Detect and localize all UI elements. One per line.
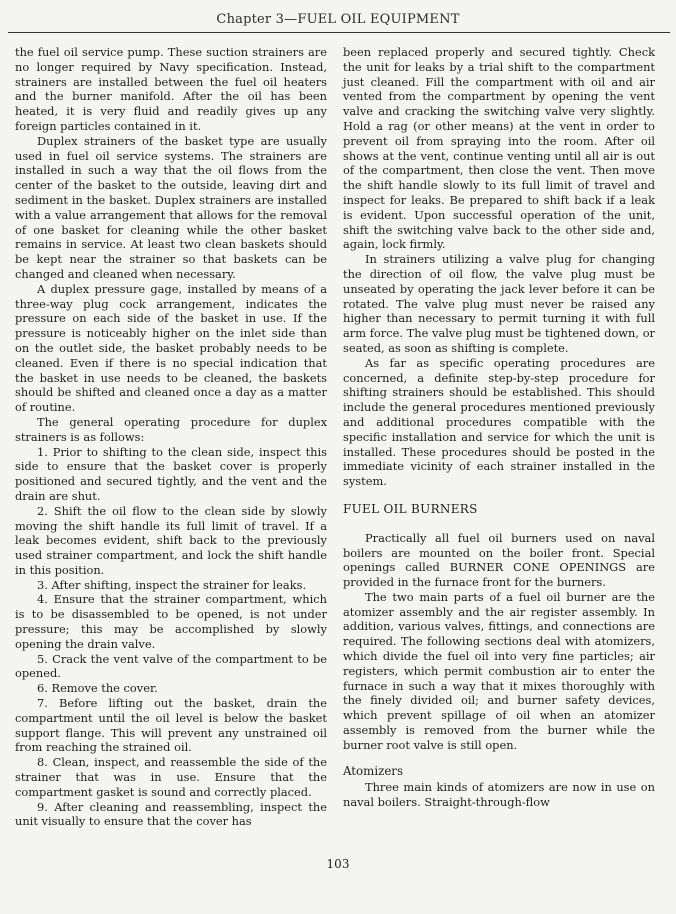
- procedure-step: 3. After shifting, inspect the strainer …: [15, 578, 327, 593]
- paragraph: the fuel oil service pump. These suction…: [15, 45, 327, 134]
- paragraph: As far as specific operating procedures …: [343, 356, 655, 489]
- subsection-heading: Atomizers: [343, 764, 655, 779]
- procedure-step: 2. Shift the oil flow to the clean side …: [15, 504, 327, 578]
- paragraph: Practically all fuel oil burners used on…: [343, 531, 655, 590]
- document-page: Chapter 3—FUEL OIL EQUIPMENT the fuel oi…: [0, 0, 676, 914]
- paragraph: In strainers utilizing a valve plug for …: [343, 252, 655, 356]
- paragraph: Duplex strainers of the basket type are …: [15, 134, 327, 282]
- page-number: 103: [0, 857, 676, 871]
- procedure-step: 1. Prior to shifting to the clean side, …: [15, 445, 327, 504]
- paragraph: The two main parts of a fuel oil burner …: [343, 590, 655, 753]
- procedure-step: 9. After cleaning and reassembling, insp…: [15, 800, 327, 830]
- paragraph: been replaced properly and secured tight…: [343, 45, 655, 252]
- running-head: Chapter 3—FUEL OIL EQUIPMENT: [0, 12, 676, 27]
- paragraph: Three main kinds of atomizers are now in…: [343, 780, 655, 810]
- section-heading: FUEL OIL BURNERS: [343, 502, 655, 517]
- procedure-step: 4. Ensure that the strainer compartment,…: [15, 592, 327, 651]
- right-column: been replaced properly and secured tight…: [343, 45, 655, 810]
- procedure-step: 6. Remove the cover.: [15, 681, 327, 696]
- procedure-step: 8. Clean, inspect, and reassemble the si…: [15, 755, 327, 799]
- header-rule: [8, 32, 670, 33]
- left-column: the fuel oil service pump. These suction…: [15, 45, 327, 829]
- procedure-step: 7. Before lifting out the basket, drain …: [15, 696, 327, 755]
- paragraph: The general operating procedure for dupl…: [15, 415, 327, 445]
- paragraph: A duplex pressure gage, installed by mea…: [15, 282, 327, 415]
- procedure-step: 5. Crack the vent valve of the compartme…: [15, 652, 327, 682]
